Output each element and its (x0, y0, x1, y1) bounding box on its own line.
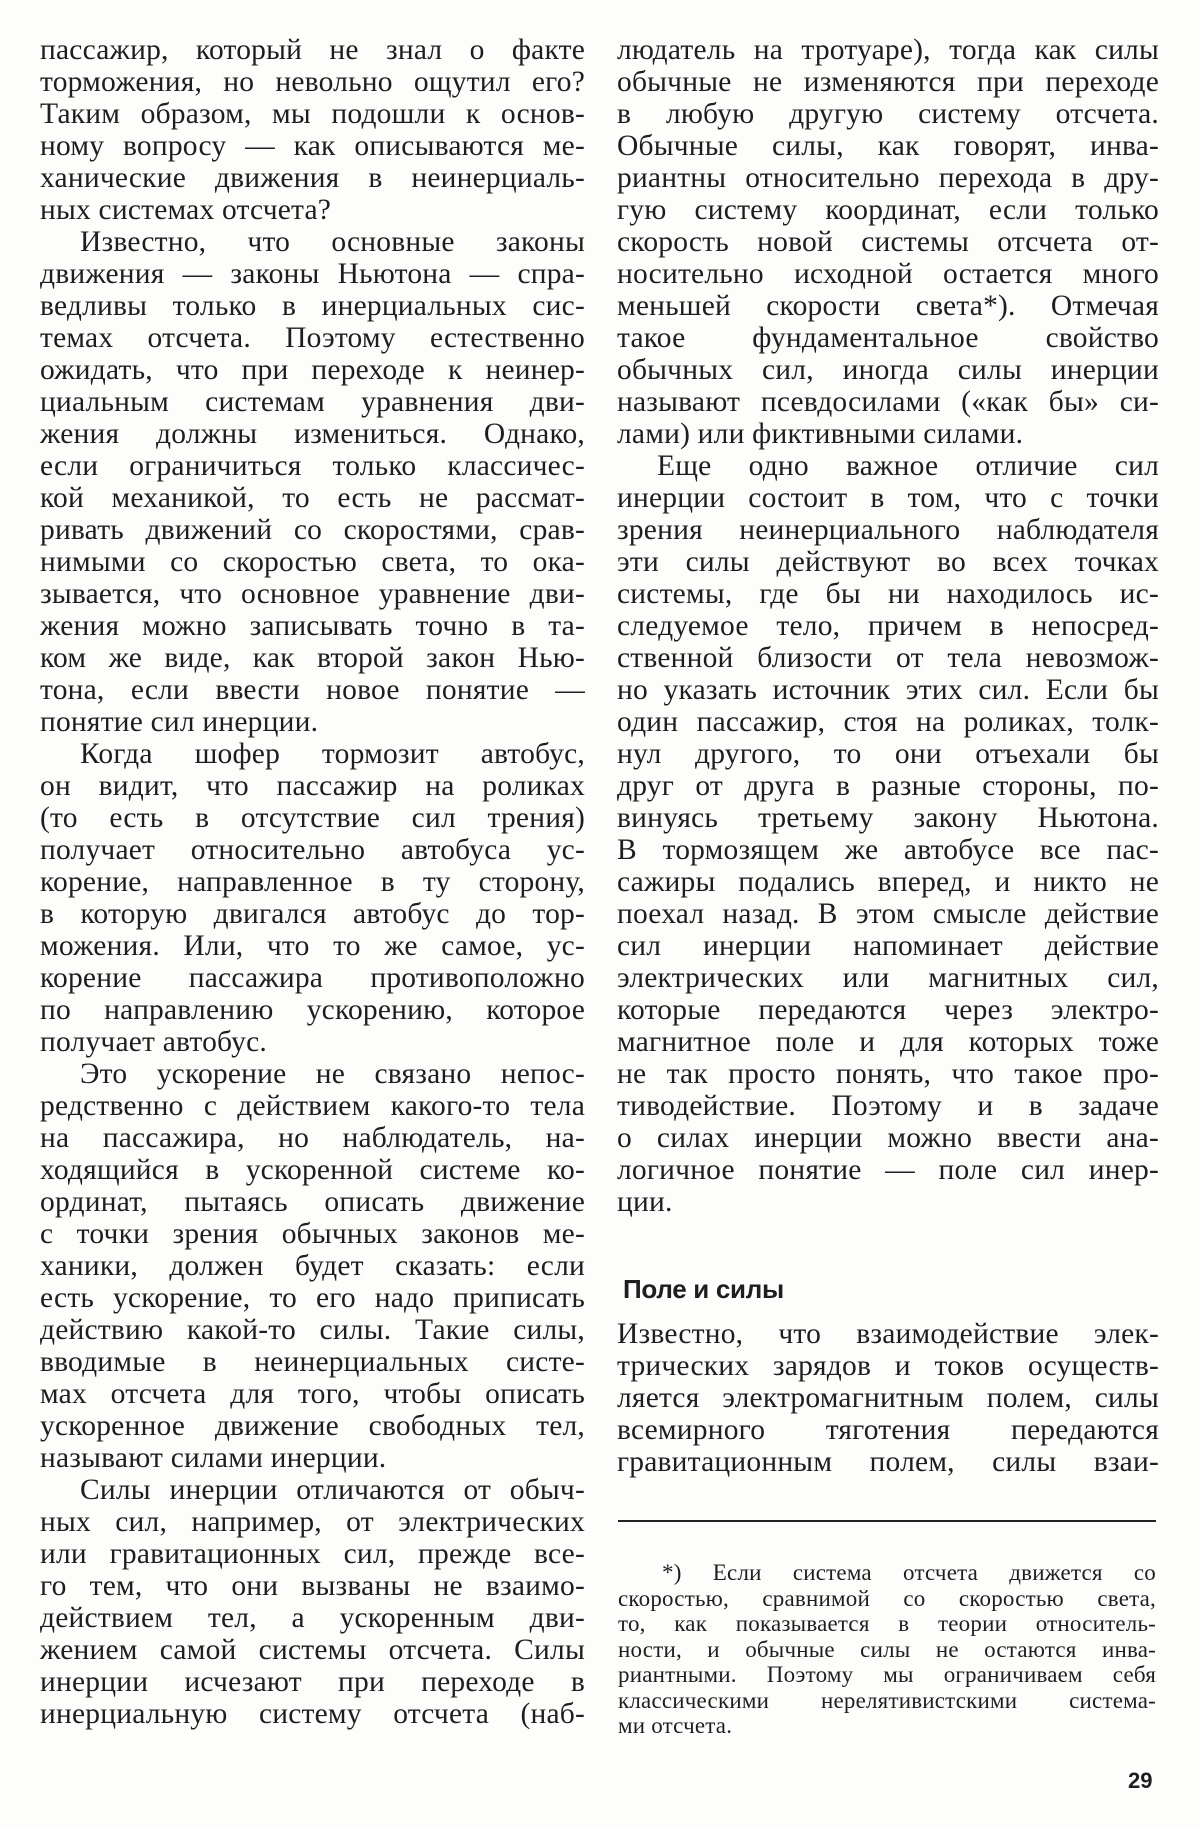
text-line: в которую двигался автобус до тор- (40, 898, 585, 930)
text-line: лами) или фиктивными силами. (617, 418, 1159, 450)
right-column-continued: Известно, что взаимодействие элек- триче… (617, 1318, 1159, 1478)
text-line: получает автобус. (40, 1026, 585, 1058)
text-line: ханические движения в неинерциаль- (40, 162, 585, 194)
text-line: нимыми со скоростью света, то ока- (40, 546, 585, 578)
text-line: эти силы действуют во всех точках (617, 546, 1159, 578)
text-line: называют псевдосилами («как бы» си- (617, 386, 1159, 418)
text-line: о силах инерции можно ввести ана- (617, 1122, 1159, 1154)
text-line: ляется электромагнитным полем, силы (617, 1382, 1159, 1414)
text-line: он видит, что пассажир на роликах (40, 770, 585, 802)
text-line: го тем, что они вызваны не взаимо- (40, 1570, 585, 1602)
text-line: циальным системам уравнения дви- (40, 386, 585, 418)
paragraph-start-line: Силы инерции отличаются от обыч- (40, 1474, 585, 1506)
text-line: есть ускорение, то его надо приписать (40, 1282, 585, 1314)
footnote-divider (618, 1520, 1156, 1522)
text-line: инерциальную систему отсчета (наб- (40, 1698, 585, 1730)
text-line: нул другого, то они отъехали бы (617, 738, 1159, 770)
text-line: всемирного тяготения передаются (617, 1414, 1159, 1446)
text-line: ривать движений со скоростями, срав- (40, 514, 585, 546)
text-line: гравитационным полем, силы взаи- (617, 1446, 1159, 1478)
text-line: системы, где бы ни находилось ис- (617, 578, 1159, 610)
footnote-line: скоростью, сравнимой со скоростью света, (618, 1586, 1156, 1612)
text-line: следуемое тело, причем в непосред- (617, 610, 1159, 642)
text-line: тона, если ввести новое понятие — (40, 674, 585, 706)
text-line: кой механикой, то есть не рассмат- (40, 482, 585, 514)
text-line: можения. Или, что то же самое, ус- (40, 930, 585, 962)
paragraph-start-line: Известно, что основные законы (40, 226, 585, 258)
footnote-line: классическими нерелятивистскими система- (618, 1688, 1156, 1714)
paragraph-start-line: Это ускорение не связано непос- (40, 1058, 585, 1090)
text-line: скорость новой системы отсчета от- (617, 226, 1159, 258)
text-line: ции. (617, 1186, 1159, 1218)
footnote: *) Если система отсчета движется со скор… (618, 1560, 1156, 1739)
text-line: торможения, но невольно ощутил его? (40, 66, 585, 98)
text-line: вводимые в неинерциальных систе- (40, 1346, 585, 1378)
text-line: пассажир, который не знал о факте (40, 34, 585, 66)
text-line: корение пассажира противоположно (40, 962, 585, 994)
text-line: один пассажир, стоя на роликах, толк- (617, 706, 1159, 738)
text-line: обычные не изменяются при переходе (617, 66, 1159, 98)
text-line: жением самой системы отсчета. Силы (40, 1634, 585, 1666)
footnote-line: ности, и обычные силы не остаются инва- (618, 1637, 1156, 1663)
text-line: друг от друга в разные стороны, по- (617, 770, 1159, 802)
text-line: движения — законы Ньютона — спра- (40, 258, 585, 290)
text-line: по направлению ускорению, которое (40, 994, 585, 1026)
paragraph-start-line: Когда шофер тормозит автобус, (40, 738, 585, 770)
page-number: 29 (1128, 1768, 1152, 1794)
text-line: ных системах отсчета? (40, 194, 585, 226)
text-line: действию какой-то силы. Такие силы, (40, 1314, 585, 1346)
text-line: если ограничиться только классичес- (40, 450, 585, 482)
text-line: или гравитационных сил, прежде все- (40, 1538, 585, 1570)
text-line: которые передаются через электро- (617, 994, 1159, 1026)
text-line: получает относительно автобуса ус- (40, 834, 585, 866)
footnote-line: ми отсчета. (618, 1713, 1156, 1739)
text-line: ускоренное движение свободных тел, (40, 1410, 585, 1442)
footnote-line: *) Если система отсчета движется со (618, 1560, 1156, 1586)
text-line: ных сил, например, от электрических (40, 1506, 585, 1538)
text-line: инерции состоит в том, что с точки (617, 482, 1159, 514)
text-line: винуясь третьему закону Ньютона. (617, 802, 1159, 834)
text-line: ханики, должен будет сказать: если (40, 1250, 585, 1282)
text-line: тиводействие. Поэтому и в задаче (617, 1090, 1159, 1122)
text-line: обычных сил, иногда силы инерции (617, 354, 1159, 386)
text-line: не так просто понять, что такое про- (617, 1058, 1159, 1090)
text-line: ком же виде, как второй закон Нью- (40, 642, 585, 674)
text-line: мах отсчета для того, чтобы описать (40, 1378, 585, 1410)
text-line: жения должны измениться. Однако, (40, 418, 585, 450)
text-line: поехал назад. В этом смысле действие (617, 898, 1159, 930)
text-line: магнитное поле и для которых тоже (617, 1026, 1159, 1058)
text-line: людатель на тротуаре), тогда как силы (617, 34, 1159, 66)
text-line: ственной близости от тела невозмож- (617, 642, 1159, 674)
section-heading: Поле и силы (623, 1274, 784, 1305)
text-line: риантны относительно перехода в дру- (617, 162, 1159, 194)
text-line: Таким образом, мы подошли к основ- (40, 98, 585, 130)
text-line: понятие сил инерции. (40, 706, 585, 738)
footnote-line: то, как показывается в теории относитель… (618, 1611, 1156, 1637)
footnote-line: риантными. Поэтому мы ограничиваем себя (618, 1662, 1156, 1688)
text-line: электрических или магнитных сил, (617, 962, 1159, 994)
text-line: (то есть в отсутствие сил трения) (40, 802, 585, 834)
text-line: меньшей скорости света*). Отмечая (617, 290, 1159, 322)
text-line: инерции исчезают при переходе в (40, 1666, 585, 1698)
text-line: Обычные силы, как говорят, инва- (617, 130, 1159, 162)
text-line: на пассажира, но наблюдатель, на- (40, 1122, 585, 1154)
text-line: гую систему координат, если только (617, 194, 1159, 226)
text-line: корение, направленное в ту сторону, (40, 866, 585, 898)
text-line: такое фундаментальное свойство (617, 322, 1159, 354)
right-column: людатель на тротуаре), тогда как силы об… (617, 34, 1159, 1218)
paragraph-start-line: Еще одно важное отличие сил (617, 450, 1159, 482)
text-line: сажиры подались вперед, и никто не (617, 866, 1159, 898)
text-line: В тормозящем же автобусе все пас- (617, 834, 1159, 866)
text-line: ному вопросу — как описываются ме- (40, 130, 585, 162)
text-line: зрения неинерциального наблюдателя (617, 514, 1159, 546)
text-line: но указать источник этих сил. Если бы (617, 674, 1159, 706)
text-line: называют силами инерции. (40, 1442, 585, 1474)
text-line: носительно исходной остается много (617, 258, 1159, 290)
text-line: жения можно записывать точно в та- (40, 610, 585, 642)
text-line: зывается, что основное уравнение дви- (40, 578, 585, 610)
text-line: ожидать, что при переходе к неинер- (40, 354, 585, 386)
text-line: ходящийся в ускоренной системе ко- (40, 1154, 585, 1186)
text-line: редственно с действием какого-то тела (40, 1090, 585, 1122)
text-line: ординат, пытаясь описать движение (40, 1186, 585, 1218)
text-line: трических зарядов и токов осуществ- (617, 1350, 1159, 1382)
text-line: ведливы только в инерциальных сис- (40, 290, 585, 322)
text-line: действием тел, а ускоренным дви- (40, 1602, 585, 1634)
text-line: с точки зрения обычных законов ме- (40, 1218, 585, 1250)
left-column: пассажир, который не знал о факте тормож… (40, 34, 585, 1730)
text-line: в любую другую систему отсчета. (617, 98, 1159, 130)
text-line: темах отсчета. Поэтому естественно (40, 322, 585, 354)
text-line: логичное понятие — поле сил инер- (617, 1154, 1159, 1186)
text-line: сил инерции напоминает действие (617, 930, 1159, 962)
text-line: Известно, что взаимодействие элек- (617, 1318, 1159, 1350)
